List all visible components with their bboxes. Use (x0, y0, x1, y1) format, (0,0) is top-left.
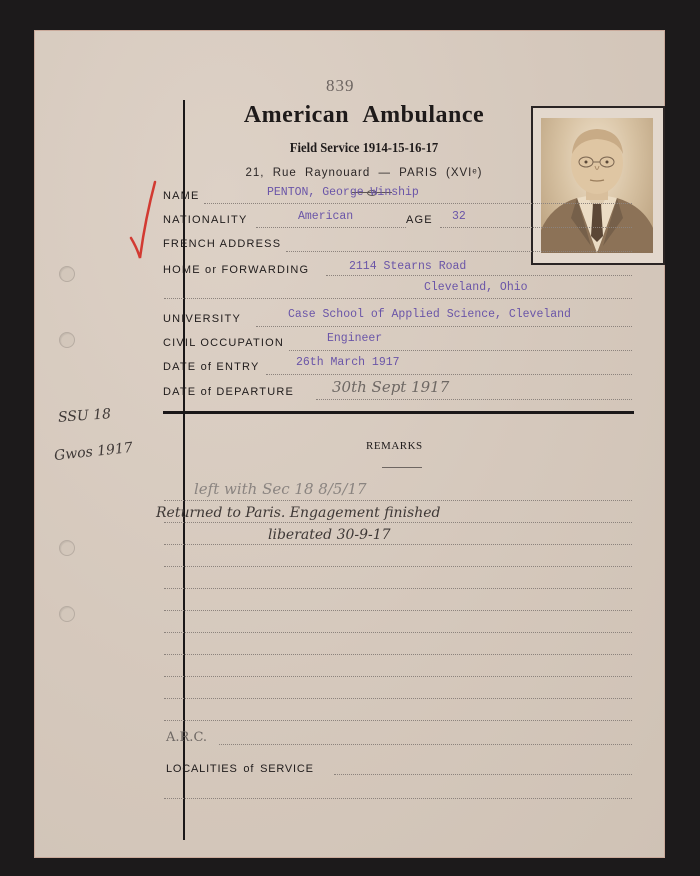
localities-line-2 (164, 798, 632, 799)
civil-occupation-value: Engineer (327, 332, 382, 345)
localities-label: LOCALITIES of SERVICE (166, 763, 314, 775)
card-title: American Ambulance (194, 102, 534, 129)
remark-2: Returned to Paris. Engagement finished (156, 505, 441, 521)
remarks-line (164, 654, 632, 655)
date-of-entry-label: DATE of ENTRY (163, 361, 260, 373)
university-label: UNIVERSITY (163, 313, 241, 325)
name-value: PENTON, George Winship (267, 186, 419, 199)
home-label: HOME or FORWARDING (163, 264, 309, 276)
arc-line (219, 744, 632, 745)
photo-frame (531, 106, 665, 265)
nationality-label: NATIONALITY (163, 214, 248, 226)
localities-line (334, 774, 632, 775)
home-value-line1: 2114 Stearns Road (349, 260, 466, 273)
check-mark-icon (128, 180, 158, 267)
remark-3: liberated 30-9-17 (268, 527, 391, 543)
remarks-line (164, 632, 632, 633)
age-value: 32 (452, 210, 466, 223)
remarks-line (164, 522, 632, 523)
office-address: 21, Rue Raynouard — PARIS (XVIᵉ) (194, 167, 534, 179)
portrait-photo (541, 118, 653, 253)
age-line (440, 227, 632, 228)
name-line (204, 203, 632, 204)
university-value: Case School of Applied Science, Clevelan… (288, 308, 571, 321)
university-line (256, 326, 632, 327)
remarks-line (164, 544, 632, 545)
margin-note-date: Gwos 1917 (53, 440, 133, 464)
remark-1: left with Sec 18 8/5/17 (194, 480, 367, 498)
remarks-line (164, 720, 632, 721)
date-of-departure-label: DATE of DEPARTURE (163, 386, 294, 398)
remarks-line (164, 566, 632, 567)
punch-hole (59, 266, 75, 282)
date-of-departure-value: 30th Sept 1917 (332, 378, 449, 396)
civil-occupation-line (289, 350, 632, 351)
punch-hole (59, 606, 75, 622)
remarks-line (164, 500, 632, 501)
age-label: AGE (406, 214, 433, 226)
date-of-departure-line (316, 399, 632, 400)
punch-hole (59, 332, 75, 348)
remarks-line (164, 698, 632, 699)
home-line-1 (326, 275, 632, 276)
serial-number: 839 (326, 76, 355, 96)
home-value-line2: Cleveland, Ohio (424, 281, 528, 294)
margin-note-ssu: SSU 18 (58, 406, 112, 426)
nationality-value: American (298, 210, 353, 223)
section-divider (163, 411, 634, 414)
punch-hole (59, 540, 75, 556)
margin-rule (183, 100, 185, 840)
remarks-heading: REMARKS (366, 440, 423, 452)
remarks-line (164, 588, 632, 589)
french-address-line (286, 251, 632, 252)
remarks-line (164, 676, 632, 677)
registration-card: SSU 18 Gwos 1917 839 American Ambulance … (34, 30, 665, 858)
remarks-line (164, 610, 632, 611)
remarks-underline (382, 467, 422, 468)
arc-note: A.R.C. (166, 730, 207, 745)
card-subtitle: Field Service 1914-15-16-17 (211, 141, 517, 157)
home-line-2 (164, 298, 632, 299)
nationality-line (256, 227, 406, 228)
name-label: NAME (163, 190, 200, 202)
date-of-entry-line (266, 374, 632, 375)
date-of-entry-value: 26th March 1917 (296, 356, 400, 369)
civil-occupation-label: CIVIL OCCUPATION (163, 337, 284, 349)
french-address-label: FRENCH ADDRESS (163, 238, 281, 250)
